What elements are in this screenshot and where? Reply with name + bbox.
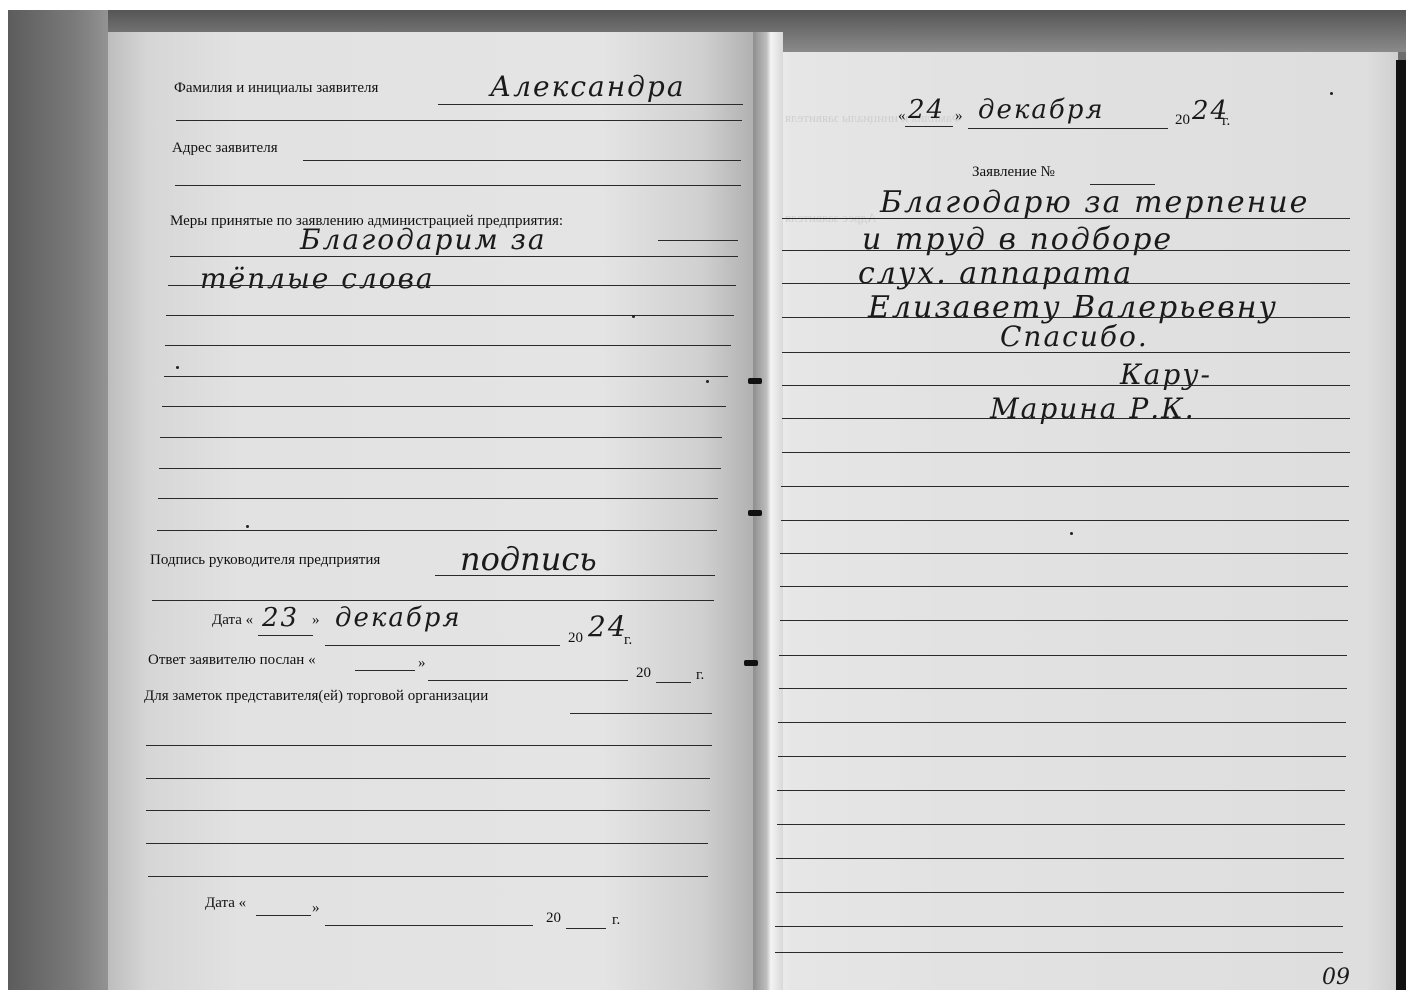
ruled-line bbox=[146, 778, 710, 779]
ruled-line bbox=[782, 352, 1350, 353]
date-year-suffix: 24 bbox=[588, 610, 628, 643]
reply-year-line bbox=[656, 682, 691, 683]
ruled-line bbox=[658, 240, 738, 241]
measures-line-1: Благодарим за bbox=[300, 223, 547, 256]
speck bbox=[176, 366, 179, 369]
speck bbox=[1070, 532, 1073, 535]
ruled-line bbox=[158, 498, 718, 499]
right-date-open-quote: « bbox=[898, 108, 906, 125]
ruled-line bbox=[162, 406, 726, 407]
notes-label: Для заметок представителя(ей) торговой о… bbox=[144, 688, 488, 705]
reply-quote-close: » bbox=[418, 655, 426, 672]
date-quote-close: » bbox=[312, 612, 320, 629]
ruled-line bbox=[164, 376, 728, 377]
ruled-line bbox=[775, 926, 1343, 927]
speck bbox=[246, 525, 249, 528]
bottom-date-day-line bbox=[256, 915, 311, 916]
ruled-line bbox=[775, 952, 1343, 953]
statement-line-5: Спасибо. bbox=[1000, 320, 1149, 353]
ruled-line bbox=[780, 586, 1348, 587]
ruled-line bbox=[780, 553, 1348, 554]
reply-label: Ответ заявителю послан « bbox=[148, 652, 316, 669]
ruled-line bbox=[780, 620, 1348, 621]
staple bbox=[748, 378, 762, 384]
address-line bbox=[303, 160, 741, 161]
right-date-day: 24 bbox=[908, 95, 945, 125]
ruled-line bbox=[781, 520, 1349, 521]
speck bbox=[632, 315, 635, 318]
date-month-line bbox=[325, 645, 560, 646]
signer-line-2: Марина Р.К. bbox=[990, 392, 1196, 425]
manager-signature-label: Подпись руководителя предприятия bbox=[150, 552, 380, 569]
bottom-year-unit: г. bbox=[612, 912, 620, 929]
ruled-line bbox=[777, 790, 1345, 791]
ruled-line bbox=[170, 256, 738, 257]
ruled-line bbox=[777, 824, 1345, 825]
bottom-date-month-line bbox=[325, 925, 533, 926]
date-label: Дата « bbox=[212, 612, 253, 629]
right-date-year-prefix: 20 bbox=[1175, 112, 1190, 129]
ruled-line bbox=[176, 120, 742, 121]
statement-line-2: и труд в подборе bbox=[862, 222, 1173, 257]
ruled-line bbox=[776, 892, 1344, 893]
date-day: 23 bbox=[262, 603, 299, 633]
reply-month-line bbox=[428, 680, 628, 681]
statement-line-3: слух. аппарата bbox=[858, 256, 1133, 291]
staple bbox=[744, 660, 758, 666]
ruled-line bbox=[146, 810, 710, 811]
statement-line-1: Благодарю за терпение bbox=[880, 185, 1309, 220]
ruled-line bbox=[782, 317, 1350, 318]
ruled-line bbox=[148, 876, 708, 877]
right-date-year-unit: г. bbox=[1222, 113, 1230, 130]
right-date-month-line bbox=[968, 128, 1168, 129]
statement-label: Заявление № bbox=[972, 164, 1055, 181]
ruled-line bbox=[168, 285, 736, 286]
ruled-line bbox=[782, 418, 1350, 419]
speck bbox=[706, 380, 709, 383]
address-label: Адрес заявителя bbox=[172, 140, 278, 157]
left-page bbox=[108, 32, 768, 990]
bottom-year-line bbox=[566, 928, 606, 929]
reply-day-line bbox=[355, 670, 415, 671]
right-date-day-line bbox=[905, 126, 953, 127]
bottom-year-prefix: 20 bbox=[546, 910, 561, 927]
applicant-name-label: Фамилия и инициалы заявителя bbox=[174, 80, 378, 97]
applicant-name-line bbox=[438, 104, 743, 105]
ruled-line bbox=[175, 185, 741, 186]
bottom-date-quote-close: » bbox=[312, 900, 320, 917]
date-month: декабря bbox=[335, 603, 462, 633]
ruled-line bbox=[159, 468, 721, 469]
staple bbox=[748, 510, 762, 516]
page-number: 09 bbox=[1322, 965, 1350, 990]
ruled-line bbox=[146, 745, 712, 746]
page-edge-shadow bbox=[1396, 60, 1406, 990]
date-year-unit: г. bbox=[624, 632, 632, 649]
right-date-month: декабря bbox=[978, 95, 1105, 125]
cover-edge bbox=[8, 10, 118, 990]
ruled-line bbox=[152, 600, 714, 601]
signer-line-1: Кару- bbox=[1120, 358, 1212, 391]
measures-line-2: тёплые слова bbox=[200, 262, 435, 295]
reply-year-prefix: 20 bbox=[636, 665, 651, 682]
manager-signature: подпись bbox=[460, 540, 597, 578]
ruled-line bbox=[160, 437, 722, 438]
applicant-name-value: Александра bbox=[490, 70, 686, 103]
bottom-date-label: Дата « bbox=[205, 895, 246, 912]
ruled-line bbox=[782, 218, 1350, 219]
date-year-prefix: 20 bbox=[568, 630, 583, 647]
ruled-line bbox=[166, 315, 734, 316]
ruled-line bbox=[782, 452, 1350, 453]
ruled-line bbox=[781, 486, 1349, 487]
ruled-line bbox=[157, 530, 717, 531]
ruled-line bbox=[165, 345, 731, 346]
ruled-line bbox=[782, 385, 1350, 386]
ruled-line bbox=[570, 713, 712, 714]
ruled-line bbox=[778, 722, 1346, 723]
speck bbox=[1330, 92, 1333, 95]
ruled-line bbox=[782, 283, 1350, 284]
ruled-line bbox=[779, 688, 1347, 689]
ruled-line bbox=[782, 250, 1350, 251]
ruled-line bbox=[776, 858, 1344, 859]
reply-year-unit: г. bbox=[696, 667, 704, 684]
right-date-quote-close: » bbox=[955, 108, 963, 125]
ruled-line bbox=[146, 843, 708, 844]
ruled-line bbox=[778, 756, 1346, 757]
date-day-line bbox=[258, 635, 313, 636]
ruled-line bbox=[779, 655, 1347, 656]
